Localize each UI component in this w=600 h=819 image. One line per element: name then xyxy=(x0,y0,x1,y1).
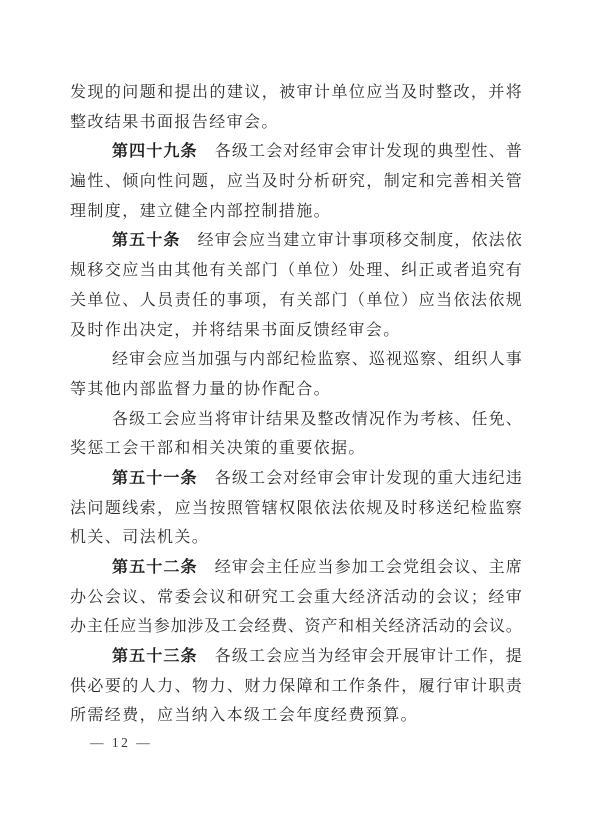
line-text: 规移交应当由其他有关部门（单位）处理、纠正或者追究有 xyxy=(70,262,522,279)
line-text: 经审会应当加强与内部纪检监察、巡视巡察、组织人事 xyxy=(112,351,522,368)
line-text: 各级工会对经审会审计发现的重大违纪违 xyxy=(198,470,522,487)
line-text: 各级工会对经审会审计发现的典型性、普 xyxy=(198,143,522,160)
article-number-heading: 第四十九条 xyxy=(112,143,198,160)
document-line: 第五十三条 各级工会应当为经审会开展审计工作，提 xyxy=(70,642,522,672)
document-line: 第五十条 经审会应当建立审计事项移交制度，依法依 xyxy=(70,226,522,256)
line-text: 经审会主任应当参加工会党组会议、主席 xyxy=(198,559,522,576)
document-line: 各级工会应当将审计结果及整改情况作为考核、任免、 xyxy=(70,405,522,435)
document-line: 机关、司法机关。 xyxy=(70,523,522,553)
document-line: 等其他内部监督力量的协作配合。 xyxy=(70,375,522,405)
line-text: 各级工会应当将审计结果及整改情况作为考核、任免、 xyxy=(112,411,522,428)
line-text: 办公会议、常委会议和研究工会重大经济活动的会议；经审 xyxy=(70,589,522,606)
line-text: 及时作出决定，并将结果书面反馈经审会。 xyxy=(70,322,401,339)
document-line: 发现的问题和提出的建议，被审计单位应当及时整改，并将 xyxy=(70,78,522,108)
document-line: 经审会应当加强与内部纪检监察、巡视巡察、组织人事 xyxy=(70,345,522,375)
document-line: 所需经费，应当纳入本级工会年度经费预算。 xyxy=(70,701,522,731)
line-text: 所需经费，应当纳入本级工会年度经费预算。 xyxy=(70,707,418,724)
document-line: 理制度，建立健全内部控制措施。 xyxy=(70,197,522,227)
article-number-heading: 第五十一条 xyxy=(112,470,198,487)
line-text: 发现的问题和提出的建议，被审计单位应当及时整改，并将 xyxy=(70,84,522,101)
document-line: 第四十九条 各级工会对经审会审计发现的典型性、普 xyxy=(70,137,522,167)
line-text: 整改结果书面报告经审会。 xyxy=(70,114,279,131)
document-line: 规移交应当由其他有关部门（单位）处理、纠正或者追究有 xyxy=(70,256,522,286)
line-text: 供必要的人力、物力、财力保障和工作条件，履行审计职责 xyxy=(70,678,522,695)
document-line: 遍性、倾向性问题，应当及时分析研究，制定和完善相关管 xyxy=(70,167,522,197)
document-line: 供必要的人力、物力、财力保障和工作条件，履行审计职责 xyxy=(70,672,522,702)
line-text: 关单位、人员责任的事项，有关部门（单位）应当依法依规 xyxy=(70,292,522,309)
document-line: 关单位、人员责任的事项，有关部门（单位）应当依法依规 xyxy=(70,286,522,316)
document-page: 发现的问题和提出的建议，被审计单位应当及时整改，并将整改结果书面报告经审会。第四… xyxy=(0,0,600,819)
document-line: 第五十一条 各级工会对经审会审计发现的重大违纪违 xyxy=(70,464,522,494)
line-text: 奖惩工会干部和相关决策的重要依据。 xyxy=(70,440,366,457)
page-number: — 12 — xyxy=(90,735,152,751)
article-number-heading: 第五十三条 xyxy=(112,648,198,665)
document-line: 办公会议、常委会议和研究工会重大经济活动的会议；经审 xyxy=(70,583,522,613)
document-line: 奖惩工会干部和相关决策的重要依据。 xyxy=(70,434,522,464)
line-text: 等其他内部监督力量的协作配合。 xyxy=(70,381,331,398)
line-text: 理制度，建立健全内部控制措施。 xyxy=(70,203,331,220)
document-line: 整改结果书面报告经审会。 xyxy=(70,108,522,138)
document-lines: 发现的问题和提出的建议，被审计单位应当及时整改，并将整改结果书面报告经审会。第四… xyxy=(70,78,522,731)
line-text: 机关、司法机关。 xyxy=(70,529,209,546)
document-line: 办主任应当参加涉及工会经费、资产和相关经济活动的会议。 xyxy=(70,612,522,642)
document-line: 第五十二条 经审会主任应当参加工会党组会议、主席 xyxy=(70,553,522,583)
article-number-heading: 第五十二条 xyxy=(112,559,198,576)
line-text: 遍性、倾向性问题，应当及时分析研究，制定和完善相关管 xyxy=(70,173,522,190)
document-line: 及时作出决定，并将结果书面反馈经审会。 xyxy=(70,316,522,346)
line-text: 经审会应当建立审计事项移交制度，依法依 xyxy=(180,232,522,249)
line-text: 办主任应当参加涉及工会经费、资产和相关经济活动的会议。 xyxy=(70,618,522,635)
line-text: 法问题线索，应当按照管辖权限依法依规及时移送纪检监察 xyxy=(70,500,522,517)
document-line: 法问题线索，应当按照管辖权限依法依规及时移送纪检监察 xyxy=(70,494,522,524)
article-number-heading: 第五十条 xyxy=(112,232,180,249)
line-text: 各级工会应当为经审会开展审计工作，提 xyxy=(198,648,522,665)
